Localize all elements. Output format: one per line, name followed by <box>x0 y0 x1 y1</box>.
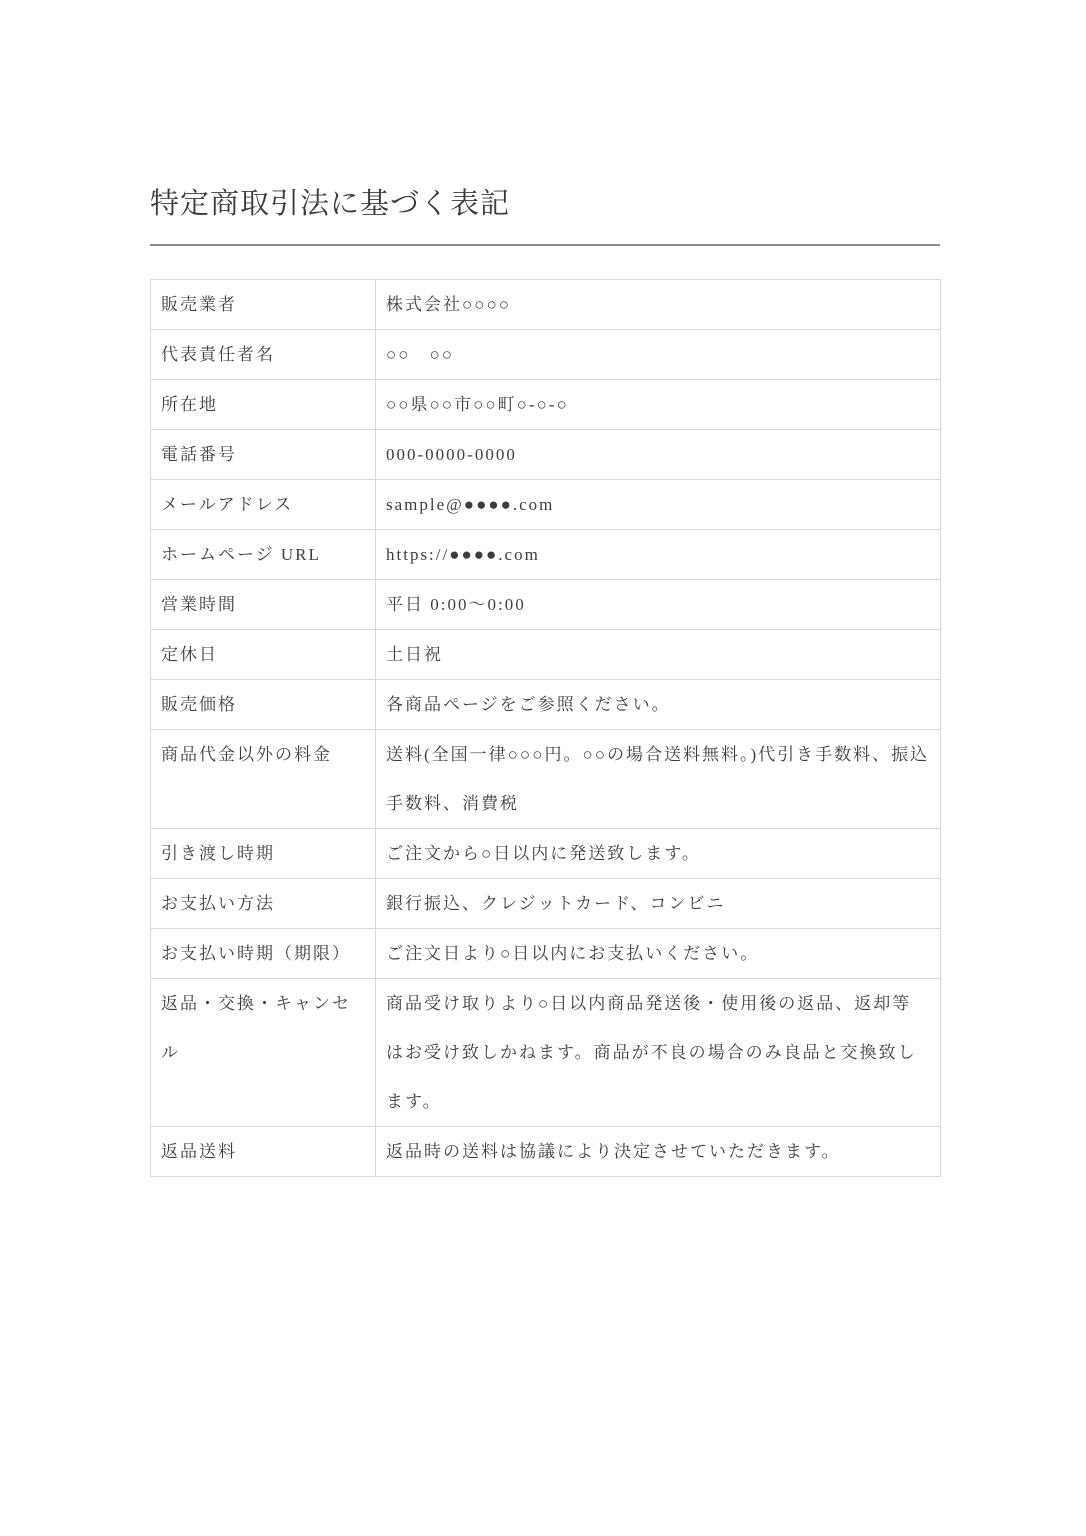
row-value: 平日 0:00〜0:00 <box>376 580 941 630</box>
table-row: 代表責任者名 ○○ ○○ <box>151 330 941 380</box>
row-value: 返品時の送料は協議により決定させていただきます。 <box>376 1127 941 1177</box>
row-label: 返品送料 <box>151 1127 376 1177</box>
row-label: 返品・交換・キャンセル <box>151 979 376 1127</box>
row-label: 販売価格 <box>151 680 376 730</box>
row-label: 電話番号 <box>151 430 376 480</box>
table-row: 電話番号 000-0000-0000 <box>151 430 941 480</box>
row-label: お支払い時期（期限） <box>151 929 376 979</box>
row-value: 商品受け取りより○日以内商品発送後・使用後の返品、返却等はお受け致しかねます。商… <box>376 979 941 1127</box>
row-label: 販売業者 <box>151 280 376 330</box>
row-value: 銀行振込、クレジットカード、コンビニ <box>376 879 941 929</box>
table-body: 販売業者 株式会社○○○○ 代表責任者名 ○○ ○○ 所在地 ○○県○○市○○町… <box>151 280 941 1177</box>
document-page: 特定商取引法に基づく表記 販売業者 株式会社○○○○ 代表責任者名 ○○ ○○ … <box>150 186 940 1177</box>
row-label: お支払い方法 <box>151 879 376 929</box>
table-row: 商品代金以外の料金 送料(全国一律○○○円。○○の場合送料無料。)代引き手数料、… <box>151 730 941 829</box>
row-label: 所在地 <box>151 380 376 430</box>
row-value: ○○ ○○ <box>376 330 941 380</box>
table-row: 販売業者 株式会社○○○○ <box>151 280 941 330</box>
table-row: 返品送料 返品時の送料は協議により決定させていただきます。 <box>151 1127 941 1177</box>
table-row: 所在地 ○○県○○市○○町○-○-○ <box>151 380 941 430</box>
row-label: 引き渡し時期 <box>151 829 376 879</box>
table-row: メールアドレス sample@●●●●.com <box>151 480 941 530</box>
table-row: お支払い方法 銀行振込、クレジットカード、コンビニ <box>151 879 941 929</box>
table-row: ホームページ URL https://●●●●.com <box>151 530 941 580</box>
row-value: 各商品ページをご参照ください。 <box>376 680 941 730</box>
row-label: ホームページ URL <box>151 530 376 580</box>
row-value: ご注文日より○日以内にお支払いください。 <box>376 929 941 979</box>
row-value: sample@●●●●.com <box>376 480 941 530</box>
table-row: 営業時間 平日 0:00〜0:00 <box>151 580 941 630</box>
row-value: 000-0000-0000 <box>376 430 941 480</box>
row-label: 営業時間 <box>151 580 376 630</box>
table-row: 定休日 土日祝 <box>151 630 941 680</box>
row-label: メールアドレス <box>151 480 376 530</box>
row-label: 代表責任者名 <box>151 330 376 380</box>
page-title: 特定商取引法に基づく表記 <box>150 186 940 246</box>
commercial-transaction-table: 販売業者 株式会社○○○○ 代表責任者名 ○○ ○○ 所在地 ○○県○○市○○町… <box>150 279 941 1177</box>
row-value: 送料(全国一律○○○円。○○の場合送料無料。)代引き手数料、振込手数料、消費税 <box>376 730 941 829</box>
table-row: 返品・交換・キャンセル 商品受け取りより○日以内商品発送後・使用後の返品、返却等… <box>151 979 941 1127</box>
table-row: 販売価格 各商品ページをご参照ください。 <box>151 680 941 730</box>
row-label: 商品代金以外の料金 <box>151 730 376 829</box>
row-value: 株式会社○○○○ <box>376 280 941 330</box>
row-value: https://●●●●.com <box>376 530 941 580</box>
row-label: 定休日 <box>151 630 376 680</box>
row-value: ご注文から○日以内に発送致します。 <box>376 829 941 879</box>
row-value: ○○県○○市○○町○-○-○ <box>376 380 941 430</box>
table-row: 引き渡し時期 ご注文から○日以内に発送致します。 <box>151 829 941 879</box>
table-row: お支払い時期（期限） ご注文日より○日以内にお支払いください。 <box>151 929 941 979</box>
row-value: 土日祝 <box>376 630 941 680</box>
